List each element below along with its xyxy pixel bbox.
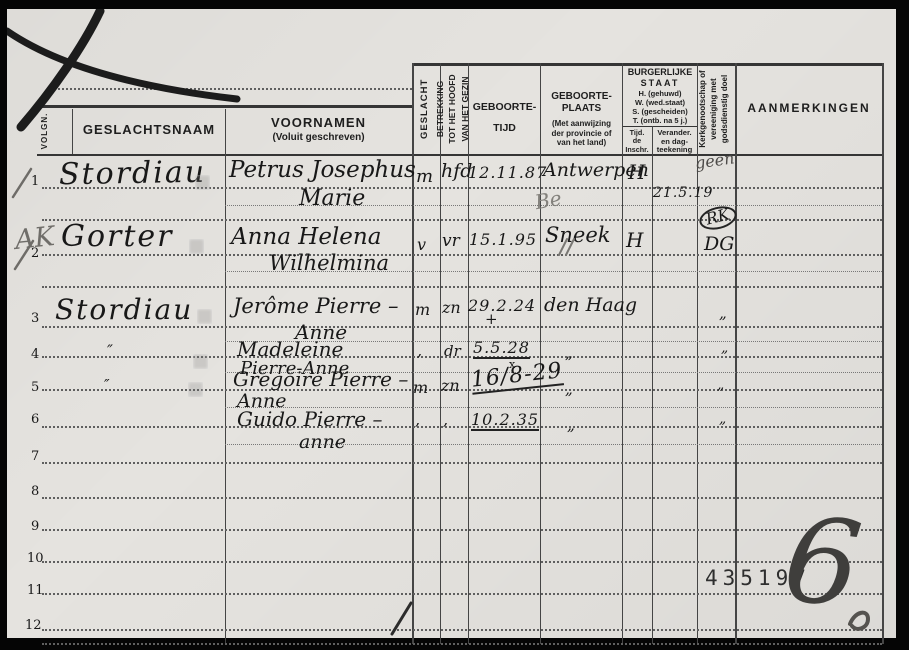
- given-names: Jerôme Pierre –: [233, 296, 399, 317]
- given-names: Guido Pierre –: [237, 409, 382, 429]
- row-number: 10: [27, 552, 44, 565]
- pencil-x-stroke: [21, 11, 100, 127]
- margin-note: AK: [14, 223, 56, 254]
- sex: v: [417, 237, 426, 253]
- church: geen: [694, 150, 735, 171]
- church: „: [719, 412, 726, 426]
- header-burgerlijke-staat: BURGERLIJKE STAAT H. (gehuwd) W. (wed.st…: [623, 67, 697, 125]
- birth-place: den Haag: [544, 296, 637, 315]
- row-number: 3: [31, 312, 39, 325]
- surname: Stordiau: [55, 296, 193, 324]
- given-names: Gregoire Pierre –: [233, 369, 408, 389]
- birth-place-ditto: „: [565, 382, 573, 397]
- birth-date: 12.11.87: [468, 165, 547, 181]
- scan-smudge: [188, 382, 203, 397]
- sex: m: [413, 380, 428, 396]
- birth-place: Sneek: [545, 225, 611, 246]
- scan-smudge: [193, 354, 208, 369]
- pencil-slash: [13, 169, 31, 197]
- surname: Stordiau: [59, 158, 207, 191]
- row-number: 4: [31, 348, 39, 361]
- birth-date: 29.2.24: [468, 298, 536, 314]
- relation: ,: [443, 412, 448, 428]
- row-number: 5: [31, 381, 39, 394]
- scan-smudge: [197, 309, 212, 324]
- birth-date: 10.2.35: [471, 412, 539, 431]
- church: „: [721, 341, 728, 355]
- relation: vr: [442, 233, 460, 250]
- sex: ,: [417, 343, 422, 359]
- given-names: Petrus Josephus: [229, 159, 416, 182]
- row-number: 9: [31, 520, 39, 533]
- row-number: 7: [31, 450, 39, 463]
- civil-status: H: [628, 162, 645, 182]
- birth-place-note: Be: [533, 188, 563, 212]
- sex: m: [416, 168, 433, 186]
- birth-date: 5.5.28: [473, 340, 530, 359]
- sex: m: [415, 302, 430, 318]
- header-geslachtsnaam: GESLACHTSNAAM: [73, 122, 225, 138]
- sex: ,: [415, 412, 420, 428]
- scan-smudge: [189, 239, 204, 254]
- civil-change-date: 21.5.19: [653, 186, 713, 200]
- church: „: [719, 306, 727, 321]
- card-paper: VOLGN. GESLACHTSNAAM VOORNAMEN (Voluit g…: [7, 9, 896, 638]
- row-number: 6: [31, 413, 39, 426]
- header-verandering: Verander. en dag- teekening: [652, 129, 697, 155]
- header-voornamen: VOORNAMEN: [225, 115, 412, 131]
- birth-date: 15.1.95: [469, 232, 537, 248]
- given-names: Anna Helena: [231, 226, 381, 249]
- surname-ditto: ″: [107, 343, 113, 359]
- big-pencil-six: 6: [778, 499, 867, 625]
- relation: zn: [441, 378, 460, 394]
- birth-place-ditto: „: [567, 418, 575, 433]
- scanned-family-card: VOLGN. GESLACHTSNAAM VOORNAMEN (Voluit g…: [0, 0, 909, 650]
- row-number: 12: [25, 619, 42, 632]
- scan-smudge: [195, 175, 210, 190]
- header-tijd-inschrijving: Tijd. de Inschr.: [622, 129, 652, 154]
- surname-ditto: ″: [104, 378, 110, 393]
- header-aanmerkingen: AANMERKINGEN: [736, 101, 882, 115]
- given-names: Marie: [299, 188, 365, 210]
- row-number: 1: [31, 175, 39, 188]
- given-names: Madeleine: [237, 339, 343, 359]
- civil-status: H: [626, 230, 643, 250]
- church: „: [717, 378, 724, 392]
- birth-place-ditto: „: [565, 346, 573, 361]
- relation: dr: [444, 344, 461, 359]
- header-geslacht: GESLACHT: [419, 79, 433, 139]
- given-names: Wilhelmina: [269, 253, 389, 274]
- birth-date-note: +: [485, 312, 498, 327]
- row-number: 8: [31, 485, 39, 498]
- header-geboortetijd: GEBOORTE- TIJD: [469, 97, 540, 139]
- header-geboorteplaats: GEBOORTE- PLAATS (Met aanwijzing der pro…: [541, 91, 622, 148]
- church: RK: [699, 207, 737, 229]
- header-volgnr: VOLGN.: [40, 105, 54, 157]
- header-voornamen-sub: (Voluit geschreven): [225, 132, 412, 144]
- relation: zn: [442, 300, 461, 316]
- church: DG: [704, 235, 734, 254]
- header-betrekking: BETREKKING TOT HET HOOFD VAN HET GEZIN: [434, 65, 474, 153]
- given-names: anne: [299, 433, 346, 452]
- surname: Gorter: [61, 222, 174, 252]
- header-kerkgenootschap: Kerkgenootschap of vereeniging met godsd…: [697, 65, 735, 153]
- row-number: 11: [27, 584, 44, 597]
